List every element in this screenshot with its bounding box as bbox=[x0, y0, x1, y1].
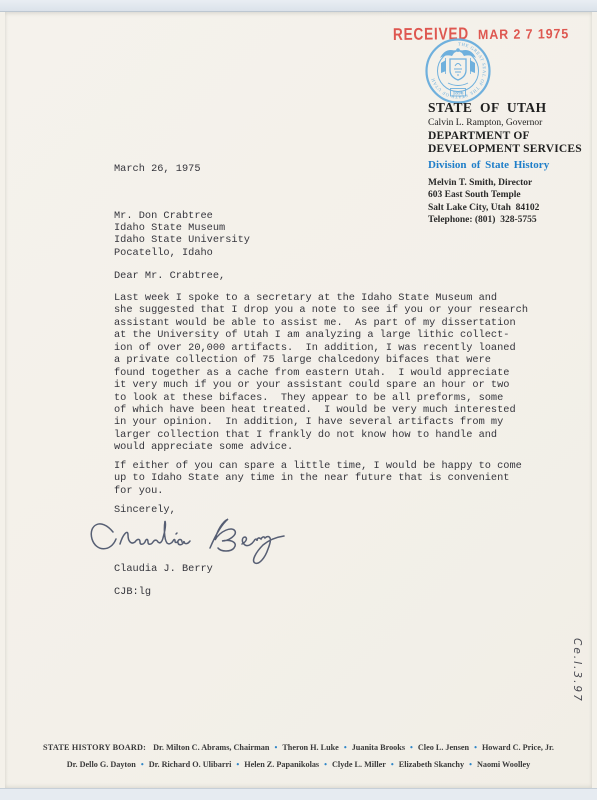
handwritten-catalog-note: Ce.l.3.97 bbox=[571, 638, 583, 703]
seal-beehive-icon bbox=[454, 64, 462, 76]
letterhead-department-line1: DEPARTMENT OF bbox=[428, 130, 530, 142]
scan-edge-top bbox=[0, 0, 597, 12]
salutation: Dear Mr. Crabtree, bbox=[114, 270, 225, 282]
letter-date: March 26, 1975 bbox=[114, 163, 201, 175]
utah-state-seal-icon: THE GREAT SEAL OF THE STATE OF UTAH 1896 bbox=[424, 36, 492, 106]
letterhead-division: Division of State History bbox=[428, 159, 549, 171]
state-history-board-row-1: STATE HISTORY BOARD:Dr. Milton C. Abrams… bbox=[5, 743, 592, 752]
state-history-board-label: STATE HISTORY BOARD: bbox=[43, 743, 146, 752]
letterhead-contact-block: Melvin T. Smith, Director603 East South … bbox=[428, 177, 539, 227]
scan-edge-bottom bbox=[0, 788, 597, 800]
body-paragraph-2: If either of you can spare a little time… bbox=[114, 460, 522, 497]
typed-signature-name: Claudia J. Berry bbox=[114, 563, 213, 575]
recipient-address-block: Mr. Don CrabtreeIdaho State MuseumIdaho … bbox=[114, 210, 250, 259]
state-history-board-row-2: Dr. Dello G. Dayton•Dr. Richard O. Uliba… bbox=[5, 760, 592, 769]
letterhead-governor: Calvin L. Rampton, Governor bbox=[428, 118, 542, 128]
letterhead-state-title: STATE OF UTAH bbox=[428, 100, 546, 116]
seal-year: 1896 bbox=[453, 91, 464, 97]
seal-shield-icon bbox=[450, 59, 466, 80]
scanned-letter: RECEIVED MAR 2 7 1975 THE GREAT SEAL OF … bbox=[0, 0, 597, 800]
reference-initials: CJB:lg bbox=[114, 586, 151, 598]
body-paragraph-1: Last week I spoke to a secretary at the … bbox=[114, 292, 528, 454]
letter-paper: RECEIVED MAR 2 7 1975 THE GREAT SEAL OF … bbox=[5, 12, 592, 788]
board-names-row-2: Dr. Dello G. Dayton•Dr. Richard O. Uliba… bbox=[67, 760, 530, 769]
letterhead-department-line2: DEVELOPMENT SERVICES bbox=[428, 143, 582, 155]
board-names-row-1: Dr. Milton C. Abrams, Chairman•Theron H.… bbox=[153, 743, 554, 752]
